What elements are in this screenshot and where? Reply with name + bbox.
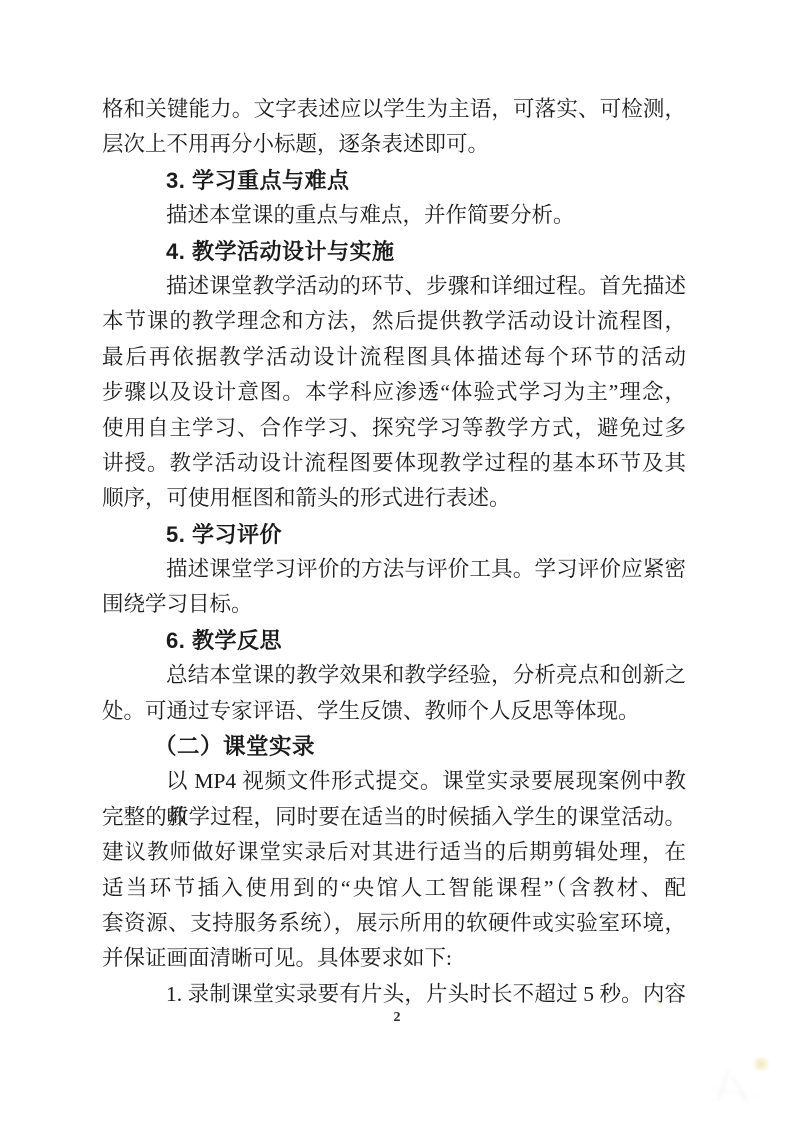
text-line: 围绕学习目标。: [102, 587, 686, 622]
heading-line: 5. 学习评价: [102, 517, 686, 552]
text-line: 适当环节插入使用到的“央馆人工智能课程”（含教材、配: [102, 871, 686, 906]
page-number: 2: [0, 1010, 794, 1026]
text-line: 本节课的教学理念和方法，然后提供教学活动设计流程图，: [102, 304, 686, 339]
text-line: 并保证画面清晰可见。具体要求如下:: [102, 941, 686, 976]
heading-line: 6. 教学反思: [102, 623, 686, 658]
heading-line: （二）课堂实录: [102, 729, 686, 764]
scan-artifact-yellow-speck-small: [654, 999, 664, 1007]
text-line: 总结本堂课的教学效果和教学经验，分析亮点和创新之: [102, 658, 686, 693]
text-line: 描述本堂课的重点与难点，并作简要分析。: [102, 198, 686, 233]
text-line: 描述课堂学习评价的方法与评价工具。学习评价应紧密: [102, 552, 686, 587]
text-line: 步骤以及设计意图。本学科应渗透“体验式学习为主”理念，: [102, 375, 686, 410]
text-line: 最后再依据教学活动设计流程图具体描述每个环节的活动: [102, 340, 686, 375]
text-line: 讲授。教学活动设计流程图要体现教学过程的基本环节及其: [102, 446, 686, 481]
text-line: 层次上不用再分小标题，逐条表述即可。: [102, 127, 686, 162]
text-line: 建议教师做好课堂实录后对其进行适当的后期剪辑处理，在: [102, 835, 686, 870]
text-line: 以 MP4 视频文件形式提交。课堂实录要展现案例中教师: [102, 764, 686, 799]
scan-artifact-smudge: [731, 1075, 749, 1102]
text-line: 处。可通过专家评语、学生反馈、教师个人反思等体现。: [102, 694, 686, 729]
text-line: 套资源、支持服务系统），展示所用的软硬件或实验室环境，: [102, 906, 686, 941]
text-line: 格和关键能力。文字表述应以学生为主语，可落实、可检测，: [102, 92, 686, 127]
document-body: 格和关键能力。文字表述应以学生为主语，可落实、可检测，层次上不用再分小标题，逐条…: [102, 92, 686, 1012]
scan-artifact-smudge: [717, 1068, 730, 1101]
scan-artifact-yellow-speck: [752, 1056, 770, 1072]
text-line: 描述课堂教学活动的环节、步骤和详细过程。首先描述: [102, 269, 686, 304]
text-line: 使用自主学习、合作学习、探究学习等教学方式，避免过多: [102, 411, 686, 446]
heading-line: 3. 学习重点与难点: [102, 163, 686, 198]
text-line: 顺序，可使用框图和箭头的形式进行表述。: [102, 481, 686, 516]
document-page: 格和关键能力。文字表述应以学生为主语，可落实、可检测，层次上不用再分小标题，逐条…: [0, 0, 794, 1123]
heading-line: 4. 教学活动设计与实施: [102, 234, 686, 269]
text-line: 1. 录制课堂实录要有片头，片头时长不超过 5 秒。内容: [102, 977, 686, 1012]
text-line: 完整的教学过程，同时要在适当的时候插入学生的课堂活动。: [102, 800, 686, 835]
